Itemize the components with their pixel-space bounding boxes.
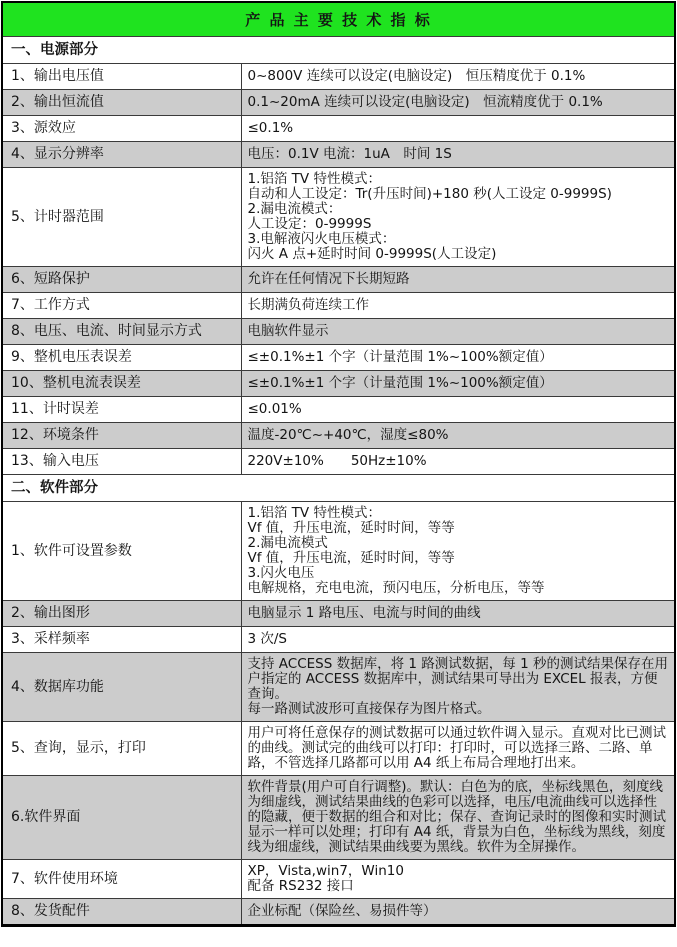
spec-row: 7、工作方式长期满负荷连续工作: [2, 293, 675, 319]
spec-value: 用户可将任意保存的测试数据可以通过软件调入显示。直观对比已测试的曲线。测试完的曲…: [241, 722, 675, 776]
spec-value: ≤0.1%: [241, 116, 675, 142]
spec-row: 2、输出图形电脑显示 1 路电压、电流与时间的曲线: [2, 601, 675, 627]
section-row: 一、电源部分: [2, 37, 675, 64]
spec-row: 2、输出恒流值0.1~20mA 连续可以设定(电脑设定) 恒流精度优于 0.1%: [2, 90, 675, 116]
title-row: 产 品 主 要 技 术 指 标: [2, 2, 675, 37]
spec-label: 1、软件可设置参数: [2, 502, 241, 601]
spec-label: 6.软件界面: [2, 776, 241, 860]
spec-label: 2、输出图形: [2, 601, 241, 627]
spec-row: 10、整机电流表误差≤±0.1%±1 个字（计量范围 1%~100%额定值）: [2, 371, 675, 397]
spec-row: 12、环境条件温度-20℃~+40℃，湿度≤80%: [2, 423, 675, 449]
spec-value: 电脑软件显示: [241, 319, 675, 345]
spec-label: 6、短路保护: [2, 267, 241, 293]
spec-value: 0~800V 连续可以设定(电脑设定) 恒压精度优于 0.1%: [241, 64, 675, 90]
spec-label: 11、计时误差: [2, 397, 241, 423]
spec-row: 5、查询，显示，打印用户可将任意保存的测试数据可以通过软件调入显示。直观对比已测…: [2, 722, 675, 776]
spec-value: 长期满负荷连续工作: [241, 293, 675, 319]
spec-row: 8、发货配件企业标配（保险丝、易损件等）: [2, 899, 675, 926]
spec-label: 4、显示分辨率: [2, 142, 241, 168]
spec-value: 支持 ACCESS 数据库，将 1 路测试数据，每 1 秒的测试结果保存在用户指…: [241, 653, 675, 722]
section-heading: 二、软件部分: [2, 475, 675, 502]
spec-row: 6.软件界面软件背景(用户可自行调整)。默认：白色为的底，坐标线黑色，刻度线为细…: [2, 776, 675, 860]
spec-label: 8、电压、电流、时间显示方式: [2, 319, 241, 345]
section-row: 二、软件部分: [2, 475, 675, 502]
spec-value: 企业标配（保险丝、易损件等）: [241, 899, 675, 926]
spec-value: 0.1~20mA 连续可以设定(电脑设定) 恒流精度优于 0.1%: [241, 90, 675, 116]
spec-row: 1、输出电压值0~800V 连续可以设定(电脑设定) 恒压精度优于 0.1%: [2, 64, 675, 90]
spec-value: 软件背景(用户可自行调整)。默认：白色为的底，坐标线黑色，刻度线为细虚线，测试结…: [241, 776, 675, 860]
spec-label: 8、发货配件: [2, 899, 241, 926]
spec-row: 4、显示分辨率电压：0.1V 电流：1uA 时间 1S: [2, 142, 675, 168]
spec-label: 12、环境条件: [2, 423, 241, 449]
spec-label: 7、工作方式: [2, 293, 241, 319]
spec-label: 9、整机电压表误差: [2, 345, 241, 371]
page: 产 品 主 要 技 术 指 标 一、电源部分1、输出电压值0~800V 连续可以…: [0, 0, 677, 947]
spec-label: 3、采样频率: [2, 627, 241, 653]
spec-value: 电压：0.1V 电流：1uA 时间 1S: [241, 142, 675, 168]
section-heading: 一、电源部分: [2, 37, 675, 64]
spec-table: 产 品 主 要 技 术 指 标 一、电源部分1、输出电压值0~800V 连续可以…: [1, 1, 676, 927]
spec-value: XP，Vista,win7，Win10 配备 RS232 接口: [241, 860, 675, 899]
spec-row: 11、计时误差≤0.01%: [2, 397, 675, 423]
spec-label: 2、输出恒流值: [2, 90, 241, 116]
spec-row: 6、短路保护允许在任何情况下长期短路: [2, 267, 675, 293]
spec-value: 允许在任何情况下长期短路: [241, 267, 675, 293]
spec-value: 温度-20℃~+40℃，湿度≤80%: [241, 423, 675, 449]
spec-row: 9、整机电压表误差≤±0.1%±1 个字（计量范围 1%~100%额定值）: [2, 345, 675, 371]
spec-value: 1.铝箔 TV 特性模式： 自动和人工设定：Tr(升压时间)+180 秒(人工设…: [241, 168, 675, 267]
spec-row: 4、数据库功能支持 ACCESS 数据库，将 1 路测试数据，每 1 秒的测试结…: [2, 653, 675, 722]
spec-row: 1、软件可设置参数1.铝箔 TV 特性模式： Vf 值，升压电流，延时时间，等等…: [2, 502, 675, 601]
spec-body: 一、电源部分1、输出电压值0~800V 连续可以设定(电脑设定) 恒压精度优于 …: [2, 37, 675, 926]
spec-row: 13、输入电压220V±10% 50Hz±10%: [2, 449, 675, 475]
spec-value: 1.铝箔 TV 特性模式： Vf 值，升压电流，延时时间，等等 2.漏电流模式 …: [241, 502, 675, 601]
spec-row: 7、软件使用环境XP，Vista,win7，Win10 配备 RS232 接口: [2, 860, 675, 899]
spec-value: ≤±0.1%±1 个字（计量范围 1%~100%额定值）: [241, 371, 675, 397]
spec-value: 220V±10% 50Hz±10%: [241, 449, 675, 475]
spec-label: 7、软件使用环境: [2, 860, 241, 899]
spec-value: 电脑显示 1 路电压、电流与时间的曲线: [241, 601, 675, 627]
spec-row: 8、电压、电流、时间显示方式电脑软件显示: [2, 319, 675, 345]
spec-value: 3 次/S: [241, 627, 675, 653]
spec-label: 4、数据库功能: [2, 653, 241, 722]
spec-value: ≤0.01%: [241, 397, 675, 423]
spec-row: 3、源效应≤0.1%: [2, 116, 675, 142]
table-title: 产 品 主 要 技 术 指 标: [2, 2, 675, 37]
spec-label: 5、计时器范围: [2, 168, 241, 267]
spec-row: 3、采样频率3 次/S: [2, 627, 675, 653]
spec-label: 1、输出电压值: [2, 64, 241, 90]
spec-value: ≤±0.1%±1 个字（计量范围 1%~100%额定值）: [241, 345, 675, 371]
spec-label: 10、整机电流表误差: [2, 371, 241, 397]
spec-label: 3、源效应: [2, 116, 241, 142]
spec-label: 13、输入电压: [2, 449, 241, 475]
spec-row: 5、计时器范围1.铝箔 TV 特性模式： 自动和人工设定：Tr(升压时间)+18…: [2, 168, 675, 267]
spec-label: 5、查询，显示，打印: [2, 722, 241, 776]
